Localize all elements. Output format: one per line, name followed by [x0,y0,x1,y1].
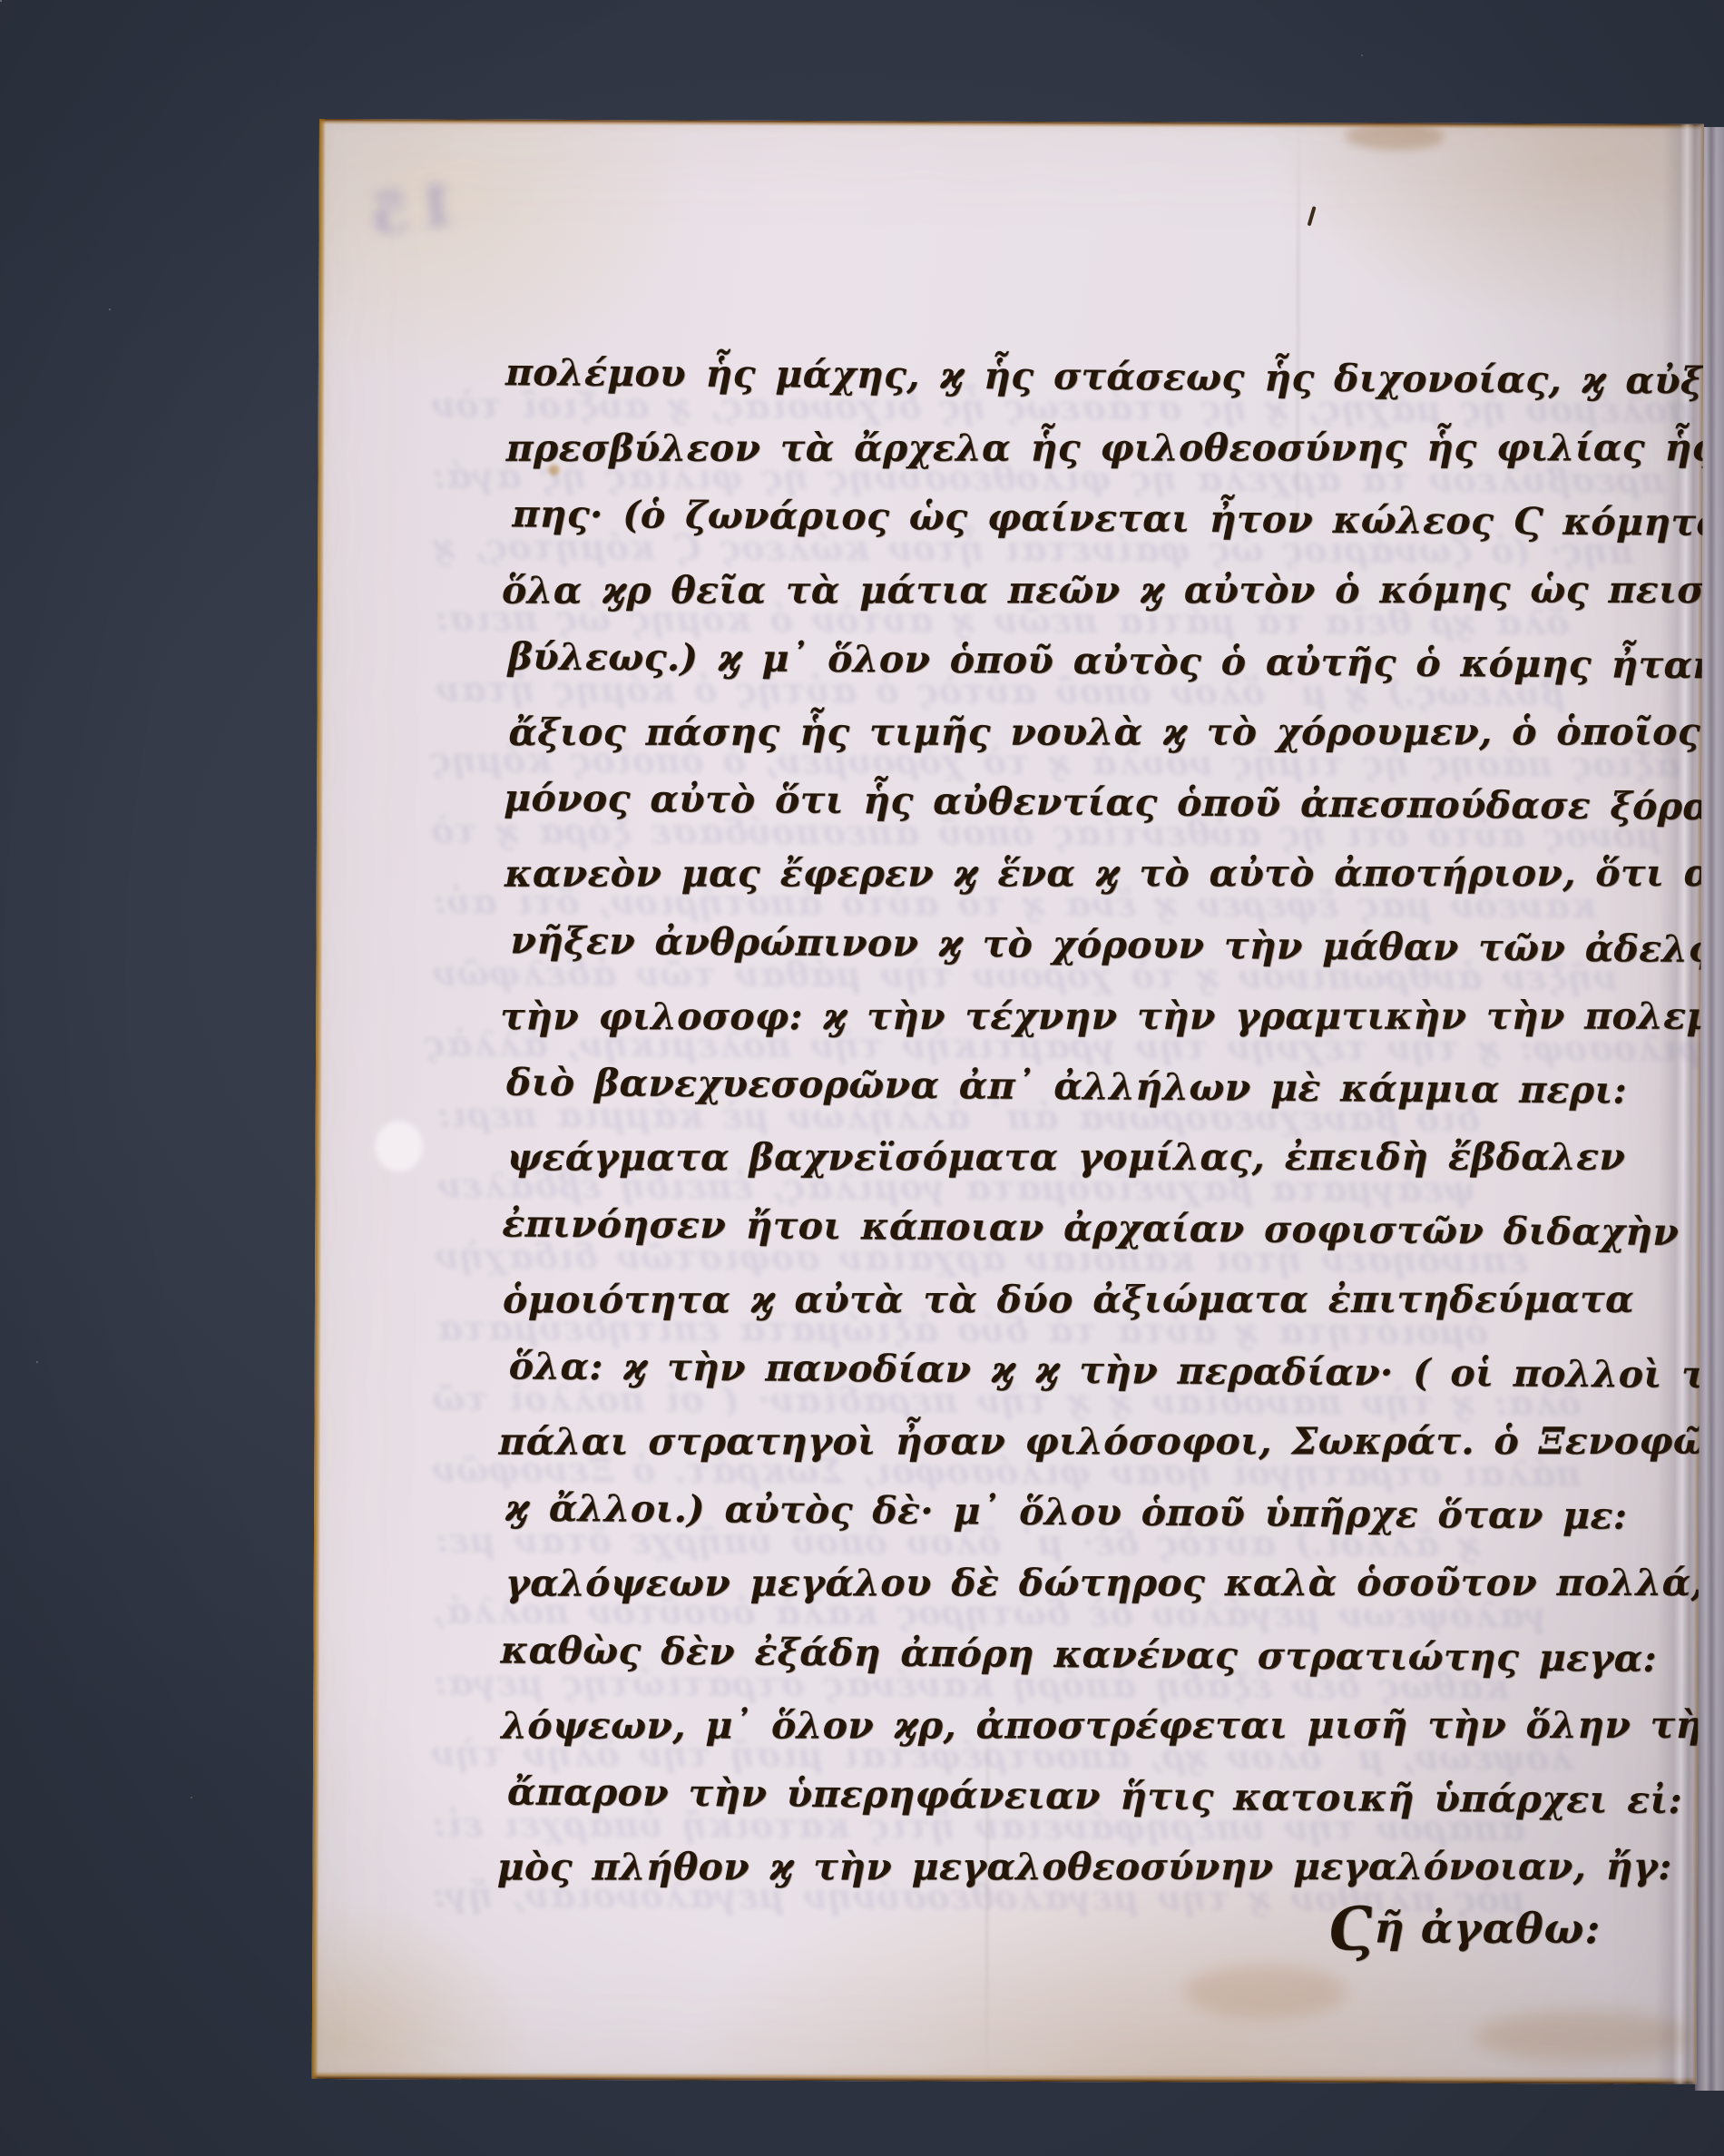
manuscript-line: πάλαι στρατηγοὶ ἦσαν φιλόσοφοι, Σωκράτ. … [498,1409,1704,1475]
catchword-line: Ϛῆ ἀγαθω: [1327,1903,1601,1953]
manuscript-line: ἐπινόησεν ἤτοι κάποιαν ἀρχαίαν σοφιστῶν … [502,1192,1679,1267]
photographed-manuscript-scan: { "scan": { "description": "Single aged … [0,0,1724,2156]
manuscript-line: πης· (ὁ ζωνάριος ὡς φαίνεται ἦτον κώλεος… [512,483,1704,557]
foliation-number-ghost: 15 [357,171,461,250]
manuscript-line: πρεσβύλεον τὰ ἄρχελα ἧς φιλοθεοσύνης ἧς … [506,416,1704,482]
manuscript-line: ἄπαρον τὴν ὑπερηφάνειαν ἥτις κατοικῆ ὑπά… [507,1759,1683,1833]
manuscript-leaf: 15 πολέμου ἧς μάχης, ϗ ἧς στάσεως ἧς διχ… [312,119,1704,2084]
manuscript-line: τὴν φιλοσοφ: ϗ τὴν τέχνην τὴν γραμτικὴν … [500,984,1704,1050]
manuscript-line: ψεάγματα βαχνεϊσόματα γομίλας, ἐπειδὴ ἔβ… [507,1125,1626,1191]
manuscript-line: μὸς πλήθον ϗ τὴν μεγαλοθεοσύνην μεγαλόνο… [497,1835,1672,1901]
manuscript-line: βύλεως.) ϗ μ᾽ ὅλον ὁποῦ αὐτὸς ὁ αὐτῆς ὁ … [507,624,1704,699]
manuscript-line: ὅλα ϗρ θεῖα τὰ μάτια πεῶν ϗ αὐτὸν ὁ κόμη… [502,558,1704,624]
manuscript-line: ὅλα: ϗ τὴν πανοδίαν ϗ ϗ τὴν περαδίαν· ( … [508,1334,1704,1408]
catchword-text: ῆ ἀγαθω: [1374,1903,1601,1953]
catchword-flourish: Ϛ [1328,1927,1375,1934]
manuscript-line: λόψεων, μ᾽ ὅλον ϗρ, ἀποστρέφεται μισῆ τὴ… [501,1693,1704,1759]
manuscript-line: γαλόψεων μεγάλου δὲ δώτηρος καλὰ ὁσοῦτον… [505,1551,1704,1617]
manuscript-line: ὁμοιότητα ϗ αὐτὰ τὰ δύο ἀξιώματα ἐπιτηδε… [503,1267,1634,1333]
manuscript-line: καθὼς δὲν ἐξάδη ἀπόρη κανένας στρατιώτης… [500,1618,1657,1691]
manuscript-line: ϗ ἄλλοι.) αὐτὸς δὲ· μ᾽ ὅλου ὁποῦ ὑπῆρχε … [504,1476,1628,1550]
manuscript-line: νῆξεν ἀνθρώπινον ϗ τὸ χόρουν τὴν μάθαν τ… [510,908,1704,983]
manuscript-line: μόνος αὐτὸ ὅτι ἧς αὐθεντίας ὁποῦ ἀπεσπού… [504,766,1704,841]
manuscript-line: κανεὸν μας ἔφερεν ϗ ἕνα ϗ τὸ αὐτὸ ἀποτήρ… [504,841,1704,907]
manuscript-line: πολέμου ἧς μάχης, ϗ ἧς στάσεως ἧς διχονο… [505,340,1704,416]
manuscript-line: ἄξιος πάσης ἧς τιμῆς νουλὰ ϗ τὸ χόρουμεν… [508,700,1704,766]
dust-specks [0,0,2,2]
manuscript-line: διὸ βανεχυεσορῶνα ἀπ᾽ ἀλλήλων μὲ κάμμια … [506,1051,1627,1124]
text-block: πολέμου ἧς μάχης, ϗ ἧς στάσεως ἧς διχονο… [312,119,1704,2084]
